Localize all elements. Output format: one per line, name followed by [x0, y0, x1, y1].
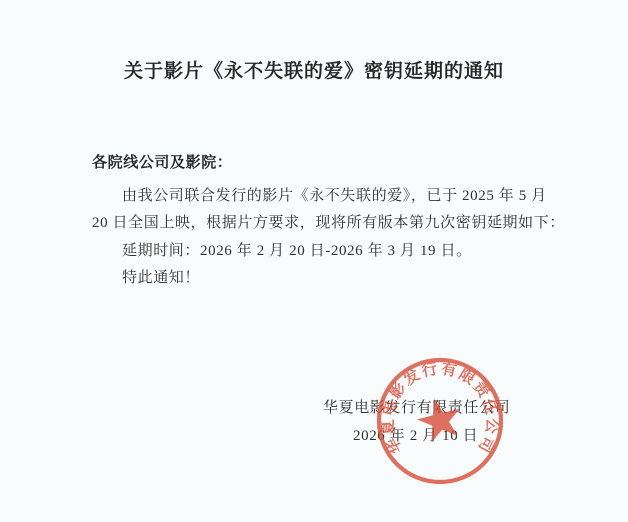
body-line: 20 日全国上映，根据片方要求，现将所有版本第九次密钥延期如下：	[92, 211, 565, 232]
signature-date: 2026 年 2 月 10 日	[353, 424, 478, 445]
notice-title: 关于影片《永不失联的爱》密钥延期的通知	[0, 56, 628, 83]
signer-company-name: 华夏电影发行有限责任公司	[323, 396, 510, 417]
body-line-extension-period: 延期时间：2026 年 2 月 20 日-2026 年 3 月 19 日。	[122, 239, 472, 260]
salutation-line: 各院线公司及影院：	[92, 151, 232, 172]
notice-document: 关于影片《永不失联的爱》密钥延期的通知 各院线公司及影院： 由我公司联合发行的影…	[0, 0, 628, 522]
seal-ring	[379, 360, 501, 482]
company-seal: 华夏电影发行有限责任公司	[365, 346, 515, 496]
body-line-closing: 特此通知！	[122, 266, 200, 287]
body-line: 由我公司联合发行的影片《永不失联的爱》，已于 2025 年 5 月	[122, 184, 547, 205]
